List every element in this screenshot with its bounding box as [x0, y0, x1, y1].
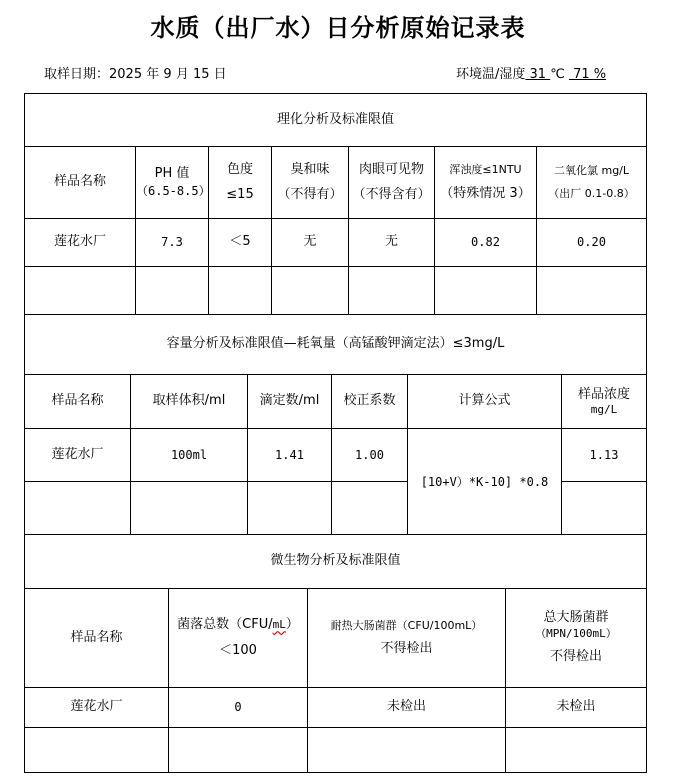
cell-sample-name: 莲花水厂	[25, 219, 136, 266]
microbiology-section-title: 微生物分析及标准限值	[25, 535, 646, 588]
day-unit: 日	[214, 67, 227, 82]
header-ph: PH 值 （6.5-8.5）	[136, 147, 209, 218]
header-label: 耐热大肠菌群（CFU/100mL）	[331, 619, 483, 633]
physicochemical-empty-row	[25, 267, 646, 315]
header-sample-volume: 取样体积/ml	[131, 375, 248, 428]
header-limit: 不得检出	[380, 641, 432, 657]
header-limit: 不得检出	[550, 649, 602, 665]
environment-label: 环境温/湿度	[456, 67, 525, 82]
cell-chlorine-dioxide: 0.20	[537, 219, 646, 266]
microbiology-section-header: 微生物分析及标准限值	[25, 535, 646, 589]
cell-empty	[169, 728, 308, 772]
header-sample-name: 样品名称	[25, 147, 136, 218]
header-total-colonies: 菌落总数（CFU/mL） ＜100	[169, 589, 308, 687]
header-label: PH 值	[155, 166, 190, 182]
header-visible-matter: 肉眼可见物 （不得含有）	[349, 147, 435, 218]
header-limit: （出厂 0.1-0.8）	[548, 187, 634, 201]
header-concentration: 样品浓度 mg/L	[562, 375, 646, 428]
cell-sample-name: 莲花水厂	[25, 429, 131, 482]
physicochemical-header-row: 样品名称 PH 值 （6.5-8.5） 色度 ≤15 臭和味 （不得有） 肉眼可…	[25, 147, 646, 219]
cell-empty	[136, 267, 209, 314]
header-label: 样品浓度	[578, 387, 630, 403]
cell-empty	[209, 267, 272, 314]
cell-empty	[25, 482, 131, 535]
cell-empty	[349, 267, 435, 314]
cell-formula: [10+V）*K-10] *0.8	[408, 429, 562, 535]
cell-empty	[25, 728, 169, 772]
header-unit: （MPN/100mL）	[535, 627, 617, 641]
oxygen-section-header: 容量分析及标准限值—耗氧量（高锰酸钾滴定法）≤3mg/L	[25, 315, 646, 375]
cell-empty	[131, 482, 248, 535]
header-chlorine-dioxide: 二氧化氯 mg/L （出厂 0.1-0.8）	[537, 147, 646, 218]
header-limit: ＜100	[219, 643, 257, 659]
cell-empty	[435, 267, 537, 314]
header-label: 样品名称	[54, 174, 106, 190]
header-limit: （不得含有）	[352, 187, 430, 203]
microbiology-header-row: 样品名称 菌落总数（CFU/mL） ＜100 耐热大肠菌群（CFU/100mL）…	[25, 589, 646, 688]
sampling-month: 9	[163, 67, 171, 82]
sampling-day: 15	[193, 67, 210, 82]
physicochemical-data-row: 莲花水厂 7.3 ＜5 无 无 0.82 0.20	[25, 219, 646, 267]
cell-ph: 7.3	[136, 219, 209, 266]
oxygen-header-row: 样品名称 取样体积/ml 滴定数/ml 校正系数 计算公式 样品浓度 mg/L	[25, 375, 646, 429]
header-label: 色度	[227, 162, 253, 178]
physicochemical-section-header: 理化分析及标准限值	[25, 94, 646, 147]
document-title: 水质（出厂水）日分析原始记录表	[0, 8, 676, 43]
header-limit: （特殊情况 3）	[440, 186, 530, 202]
cell-color: ＜5	[209, 219, 272, 266]
cell-empty	[537, 267, 646, 314]
header-label: 臭和味	[290, 162, 329, 178]
physicochemical-section-title: 理化分析及标准限值	[25, 94, 646, 146]
header-label: 肉眼可见物	[359, 162, 424, 178]
cell-concentration: 1.13	[562, 429, 646, 482]
cell-empty	[562, 482, 646, 535]
header-correction-factor: 校正系数	[332, 375, 408, 428]
header-turbidity: 浑浊度≤1NTU （特殊情况 3）	[435, 147, 537, 218]
header-sample-name: 样品名称	[25, 375, 131, 428]
sampling-date-label: 取样日期：	[44, 67, 109, 82]
header-label: 浑浊度≤1NTU	[449, 163, 521, 177]
header-limit: ≤15	[226, 187, 253, 203]
sampling-date: 取样日期：2025 年 9 月 15 日	[44, 63, 227, 82]
header-limit: （6.5-8.5）	[136, 184, 208, 199]
cell-empty	[248, 482, 332, 535]
cell-total-colonies: 0	[169, 688, 308, 727]
humidity-value: 71	[569, 67, 594, 82]
temperature-value: 31	[525, 67, 550, 82]
cell-odor-taste: 无	[272, 219, 349, 266]
oxygen-data-block: 莲花水厂 100ml 1.41 1.00 [10+V）*K-10] *0.8 1…	[25, 429, 646, 535]
temperature-unit: ℃	[550, 67, 565, 82]
sampling-year: 2025	[109, 67, 142, 82]
cell-titration: 1.41	[248, 429, 332, 482]
cell-total-coliforms: 未检出	[506, 688, 646, 727]
year-unit: 年	[146, 67, 159, 82]
header-odor-taste: 臭和味 （不得有）	[272, 147, 349, 218]
cell-thermotolerant-coliforms: 未检出	[308, 688, 506, 727]
header-color: 色度 ≤15	[209, 147, 272, 218]
cell-empty	[332, 482, 408, 535]
header-label: 二氧化氯 mg/L	[554, 164, 629, 178]
oxygen-section-title: 容量分析及标准限值—耗氧量（高锰酸钾滴定法）≤3mg/L	[25, 315, 646, 374]
humidity-unit: %	[594, 67, 606, 82]
header-label: 菌落总数（CFU/mL）	[177, 617, 299, 633]
cell-sample-volume: 100ml	[131, 429, 248, 482]
header-total-coliforms: 总大肠菌群 （MPN/100mL） 不得检出	[506, 589, 646, 687]
cell-visible-matter: 无	[349, 219, 435, 266]
cell-sample-name: 莲花水厂	[25, 688, 169, 727]
cell-correction-factor: 1.00	[332, 429, 408, 482]
record-table: 理化分析及标准限值 样品名称 PH 值 （6.5-8.5） 色度 ≤15 臭和味…	[24, 93, 647, 773]
microbiology-data-row: 莲花水厂 0 未检出 未检出	[25, 688, 646, 728]
cell-empty	[25, 267, 136, 314]
cell-empty	[506, 728, 646, 772]
header-formula: 计算公式	[408, 375, 562, 428]
environment-conditions: 环境温/湿度 31 ℃ 71 %	[456, 63, 606, 82]
microbiology-empty-row	[25, 728, 646, 772]
header-unit: mg/L	[591, 403, 618, 417]
header-thermotolerant-coliforms: 耐热大肠菌群（CFU/100mL） 不得检出	[308, 589, 506, 687]
header-titration: 滴定数/ml	[248, 375, 332, 428]
cell-turbidity: 0.82	[435, 219, 537, 266]
header-sample-name: 样品名称	[25, 589, 169, 687]
header-label: 总大肠菌群	[543, 610, 608, 626]
cell-empty	[272, 267, 349, 314]
cell-empty	[308, 728, 506, 772]
month-unit: 月	[176, 67, 189, 82]
header-limit: （不得有）	[277, 187, 342, 203]
